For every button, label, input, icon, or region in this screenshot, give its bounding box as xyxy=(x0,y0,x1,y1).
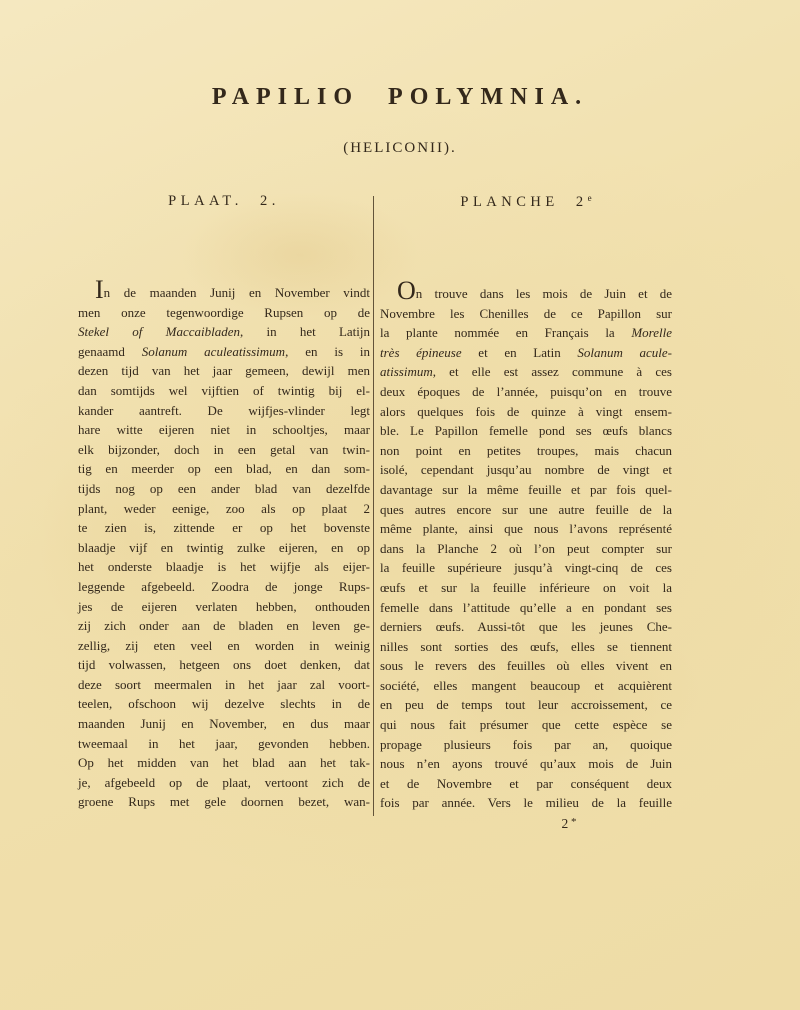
text-line: femelle dans l’attitude qu’elle a en pon… xyxy=(380,598,672,618)
text-line: société, elles mangent beaucoup et acqui… xyxy=(380,676,672,696)
text-line: derniers œufs. Aussi-tôt que les jeunes … xyxy=(380,617,672,637)
right-header-word: PLANCHE xyxy=(460,194,558,210)
text-line: blaadje vijf en twintig zulke eijeren, e… xyxy=(78,538,370,558)
text-line: tijd volwassen, hetgeen ons doet denken,… xyxy=(78,655,370,675)
text-line: deux époques de l’année, puisqu’on en tr… xyxy=(380,382,672,402)
text-line: On trouve dans les mois de Juin et de xyxy=(380,281,672,304)
text-line: elk bijzonder, doch in een getal van twi… xyxy=(78,440,370,460)
text-line: Op het midden van het blad aan het tak- xyxy=(78,753,370,773)
right-header-number: 2 xyxy=(576,194,588,210)
text-line: atissimum, et elle est assez commune à c… xyxy=(380,362,672,382)
dutch-text-body: In de maanden Junij en November vindtmen… xyxy=(78,280,370,812)
signature-mark: 2 * xyxy=(380,816,672,832)
text-line: het onderste blaadje is het wijfje als e… xyxy=(78,557,370,577)
text-line: plant, weder eenige, zoo als op plaat 2 xyxy=(78,499,370,519)
book-page: PAPILIO POLYMNIA. (HELICONII). PLAAT. 2.… xyxy=(0,0,800,1010)
text-line: œufs et sur la feuille inférieure on voi… xyxy=(380,578,672,598)
text-line: jes de eijeren verlaten hebben, onthoude… xyxy=(78,597,370,617)
text-line: men onze tegenwoordige Rupsen op de xyxy=(78,303,370,323)
text-line: In de maanden Junij en November vindt xyxy=(78,280,370,303)
left-column-header: PLAAT. 2. xyxy=(78,193,370,210)
text-line: leggende afgebeeld. Zoodra de jonge Rups… xyxy=(78,577,370,597)
text-line: tweemaal in het jaar, gevonden hebben. xyxy=(78,734,370,754)
text-line: ble. Le Papillon femelle pond ses œufs b… xyxy=(380,421,672,441)
text-line: alors quelques fois de quinze à vingt en… xyxy=(380,402,672,422)
french-column: PLANCHE 2e On trouve dans les mois de Ju… xyxy=(380,193,672,832)
text-line: nilles sont sorties des œufs, elles se t… xyxy=(380,637,672,657)
text-line: kander aantreft. De wijfjes-vlinder legt xyxy=(78,401,370,421)
dutch-column: PLAAT. 2. In de maanden Junij en Novembe… xyxy=(78,193,370,812)
text-line: sous le revers des feuilles où elles viv… xyxy=(380,656,672,676)
text-line: tig en meerder op een blad, en dan som- xyxy=(78,459,370,479)
signature-number: 2 xyxy=(562,816,569,831)
text-line: Stekel of Maccaibladen, in het Latijn xyxy=(78,322,370,342)
text-line: te zien is, zittende er op het bovenste xyxy=(78,518,370,538)
text-line: groene Rups met gele doornen bezet, wan- xyxy=(78,792,370,812)
text-line: en peu de temps tout leur accroissement,… xyxy=(380,695,672,715)
text-line: et de Novembre et par conséquent deux xyxy=(380,774,672,794)
text-line: Novembre les Chenilles de ce Papillon su… xyxy=(380,304,672,324)
text-line: davantage sur la même feuille et par foi… xyxy=(380,480,672,500)
right-column-header: PLANCHE 2e xyxy=(380,193,672,211)
text-line: zij zich onder aan de bladen en leven ge… xyxy=(78,616,370,636)
text-line: je, afgebeeld op de plaat, vertoont zich… xyxy=(78,773,370,793)
text-line: teelen, ofschoon wij dezelve slechts in … xyxy=(78,694,370,714)
text-line: dans la Planche 2 où l’on peut compter s… xyxy=(380,539,672,559)
text-line: qui nous fait présumer que cette espèce … xyxy=(380,715,672,735)
drop-cap-initial: I xyxy=(95,275,104,304)
text-line: deze soort meermalen in het jaar zal voo… xyxy=(78,675,370,695)
french-text-body: On trouve dans les mois de Juin et deNov… xyxy=(380,281,672,813)
text-line: genaamd Solanum aculeatissimum, en is in xyxy=(78,342,370,362)
text-line: propage plusieurs fois par an, quoique xyxy=(380,735,672,755)
text-line: isolé, cependant jusqu’au nombre de ving… xyxy=(380,460,672,480)
page-title: PAPILIO POLYMNIA. xyxy=(0,84,800,111)
drop-cap-initial: O xyxy=(397,276,416,305)
text-line: très épineuse et en Latin Solanum acule- xyxy=(380,343,672,363)
text-line: fois par année. Vers le milieu de la feu… xyxy=(380,793,672,813)
text-line: même plante, ainsi que nous l’avons repr… xyxy=(380,519,672,539)
text-line: dezen tijd van het jaar gemeen, dewijl m… xyxy=(78,361,370,381)
text-line: la feuille supérieure jusqu’à vingt-cinq… xyxy=(380,558,672,578)
text-line: hare witte eijeren niet in schooltjes, m… xyxy=(78,420,370,440)
signature-asterisk: * xyxy=(571,816,577,828)
text-line: maanden Junij en November, en dus maar xyxy=(78,714,370,734)
text-line: dan somtijds wel vijftien of twintig bij… xyxy=(78,381,370,401)
text-line: la plante nommée en Français la Morelle xyxy=(380,323,672,343)
page-subtitle: (HELICONII). xyxy=(0,140,800,157)
right-header-superscript: e xyxy=(588,193,592,203)
text-line: ques autres encore sur une autre feuille… xyxy=(380,500,672,520)
text-line: non point en petites troupes, mais chacu… xyxy=(380,441,672,461)
column-divider-rule xyxy=(373,196,374,816)
text-line: nous n’en ayons trouvé qu’aux mois de Ju… xyxy=(380,754,672,774)
text-line: zellig, zij eten veel en worden in weini… xyxy=(78,636,370,656)
text-line: tijds nog op een ander blad van dezelfde xyxy=(78,479,370,499)
